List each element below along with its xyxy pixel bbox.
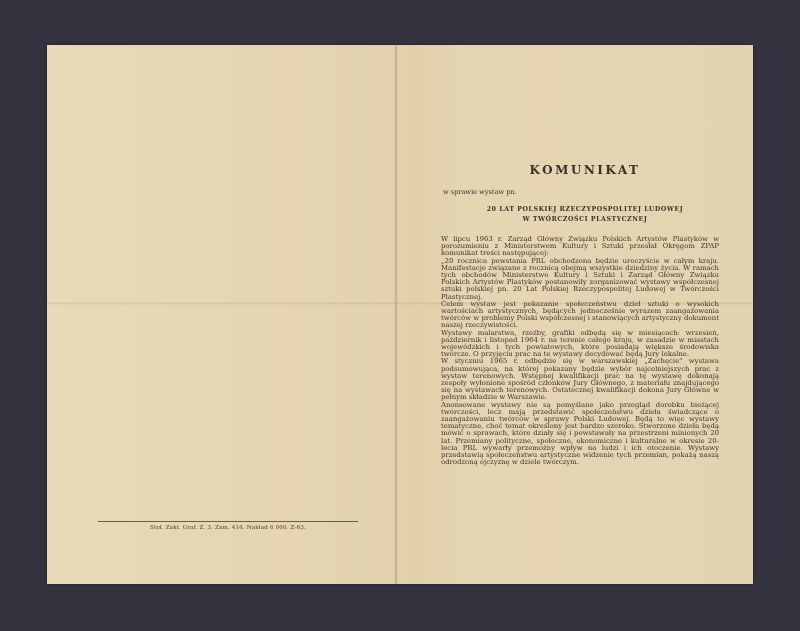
paragraph: W styczniu 1965 r. odbędzie się w warsza… [441,358,719,401]
center-fold [394,45,398,584]
paragraph: Celem wystaw jest pokazanie społeczeństw… [441,301,719,330]
footer-rule [98,521,358,522]
paragraph: W lipcu 1963 r. Zarząd Główny Związku Po… [441,236,719,258]
paragraph: Wystawy malarstwa, rzeźby, grafiki odbęd… [441,330,719,359]
paragraph: Anonsowane wystawy nie są pomyślane jako… [441,402,719,467]
document-subtitle: w sprawie wystaw pn. [443,188,517,196]
paragraph: „20 rocznica powstania PRL obchodzona bę… [441,258,719,301]
printer-imprint: Stoł. Zakł. Graf. Z. 3. Zam. 414. Nakład… [98,525,358,531]
document-title: KOMUNIKAT [445,163,725,177]
document-body: W lipcu 1963 r. Zarząd Główny Związku Po… [441,236,719,467]
exhibition-heading: 20 LAT POLSKIEJ RZECZYPOSPOLITEJ LUDOWEJ… [440,205,730,225]
heading-line-2: W TWÓRCZOŚCI PLASTYCZNEJ [440,215,730,225]
heading-line-1: 20 LAT POLSKIEJ RZECZYPOSPOLITEJ LUDOWEJ [440,205,730,215]
